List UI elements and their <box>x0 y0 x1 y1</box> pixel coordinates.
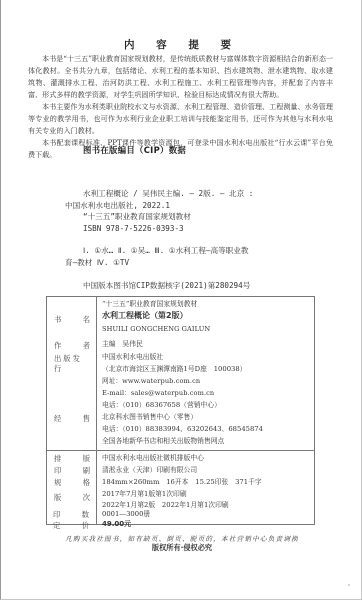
publisher-phone: 电话：（010）68367658（营销中心） <box>102 399 312 411</box>
cip-publisher-line: 中国水利水电出版社, 2022.1 <box>65 200 305 212</box>
retail-network: 全国各地新华书店和相关出版物销售网点 <box>102 435 312 447</box>
cip-classification-line-2: 育—教材 Ⅳ. ①TV <box>65 257 305 269</box>
book-title: 水利工程概论（第2版） <box>102 310 312 322</box>
cip-series-line: “十三五”职业教育国家规划教材 <box>65 211 305 223</box>
label-printing: 印刷 <box>47 466 96 476</box>
cip-classification-line: Ⅰ. ①水… Ⅱ. ①吴… Ⅲ. ①水利工程—高等职业教 <box>65 245 305 257</box>
colophon-column-divider <box>96 297 97 524</box>
publisher-address: （北京市海淀区玉渊潭南路1号D座 100038） <box>102 363 312 375</box>
label-print-run: 印数 <box>46 510 95 520</box>
cip-data-block: 水利工程概论 / 吴伟民主编. — 2版. — 北京 : 中国水利水电出版社, … <box>65 188 305 291</box>
typesetter: 中国水利水电出版社微机排版中心 <box>102 452 312 464</box>
colophon-separator <box>47 450 314 451</box>
label-specification: 规格 <box>47 478 96 488</box>
summary-paragraph-2: 本书主要作为水利类职业院校水文与水资源、水利工程管理、造价管理、工程测量、水务管… <box>28 101 333 137</box>
cip-heading: 图书在版编目（CIP）数据 <box>83 144 186 156</box>
label-publisher: 出版发行 <box>47 354 96 374</box>
book-series: “十三五”职业教育国家规划教材 <box>102 298 312 310</box>
book-copyright-page: 内 容 提 要 本书是“十三五”职业教育国家规划教材，是传统纸质教材与富媒体数字… <box>0 0 362 600</box>
retail-center: 北京科水图书销售中心（零售） <box>102 411 312 423</box>
copyright-notice: 版权所有·侵权必究 <box>1 543 362 553</box>
cip-record-number: 中国版本图书馆CIP数据核字(2021)第280294号 <box>65 280 305 292</box>
label-book-title: 书名 <box>47 315 96 325</box>
label-price: 定价 <box>46 521 95 531</box>
scan-speck <box>348 584 350 586</box>
retail-phone: 电话：（010）88383994、63202643、68545874 <box>102 423 312 435</box>
label-edition: 版次 <box>47 493 96 503</box>
publisher-email: E-mail：sales@waterpub.com.cn <box>102 387 312 399</box>
content-summary-title: 内 容 提 要 <box>1 37 362 52</box>
label-author: 作者 <box>47 341 96 351</box>
specification: 184mm×260mm 16开本 15.25印张 371千字 <box>102 476 312 488</box>
price: 49.00元 <box>102 518 312 530</box>
cip-title-line: 水利工程概论 / 吴伟民主编. — 2版. — 北京 : <box>65 188 305 200</box>
book-title-pinyin: SHUILI GONGCHENG GAILUN <box>102 323 312 335</box>
author: 主编 吴伟民 <box>102 338 312 350</box>
label-distribution: 经售 <box>47 414 96 424</box>
summary-paragraph-1: 本书是“十三五”职业教育国家规划教材，是传统纸质教材与富媒体数字资源相结合的新形… <box>28 53 333 101</box>
label-typesetting: 排版 <box>47 454 96 464</box>
colophon-table: 书名 “十三五”职业教育国家规划教材 水利工程概论（第2版） SHUILI GO… <box>46 296 315 525</box>
publisher-website: 网址：www.waterpub.com.cn <box>102 375 312 387</box>
publisher-name: 中国水利水电出版社 <box>102 351 312 363</box>
cip-isbn-line: ISBN 978-7-5226-0393-3 <box>65 223 305 235</box>
defect-exchange-notice: 凡购买我社图书，如有缺页、倒页、脱页的，本社营销中心负责调换 <box>1 533 362 543</box>
printer: 清淞永业（天津）印刷有限公司 <box>102 464 312 476</box>
